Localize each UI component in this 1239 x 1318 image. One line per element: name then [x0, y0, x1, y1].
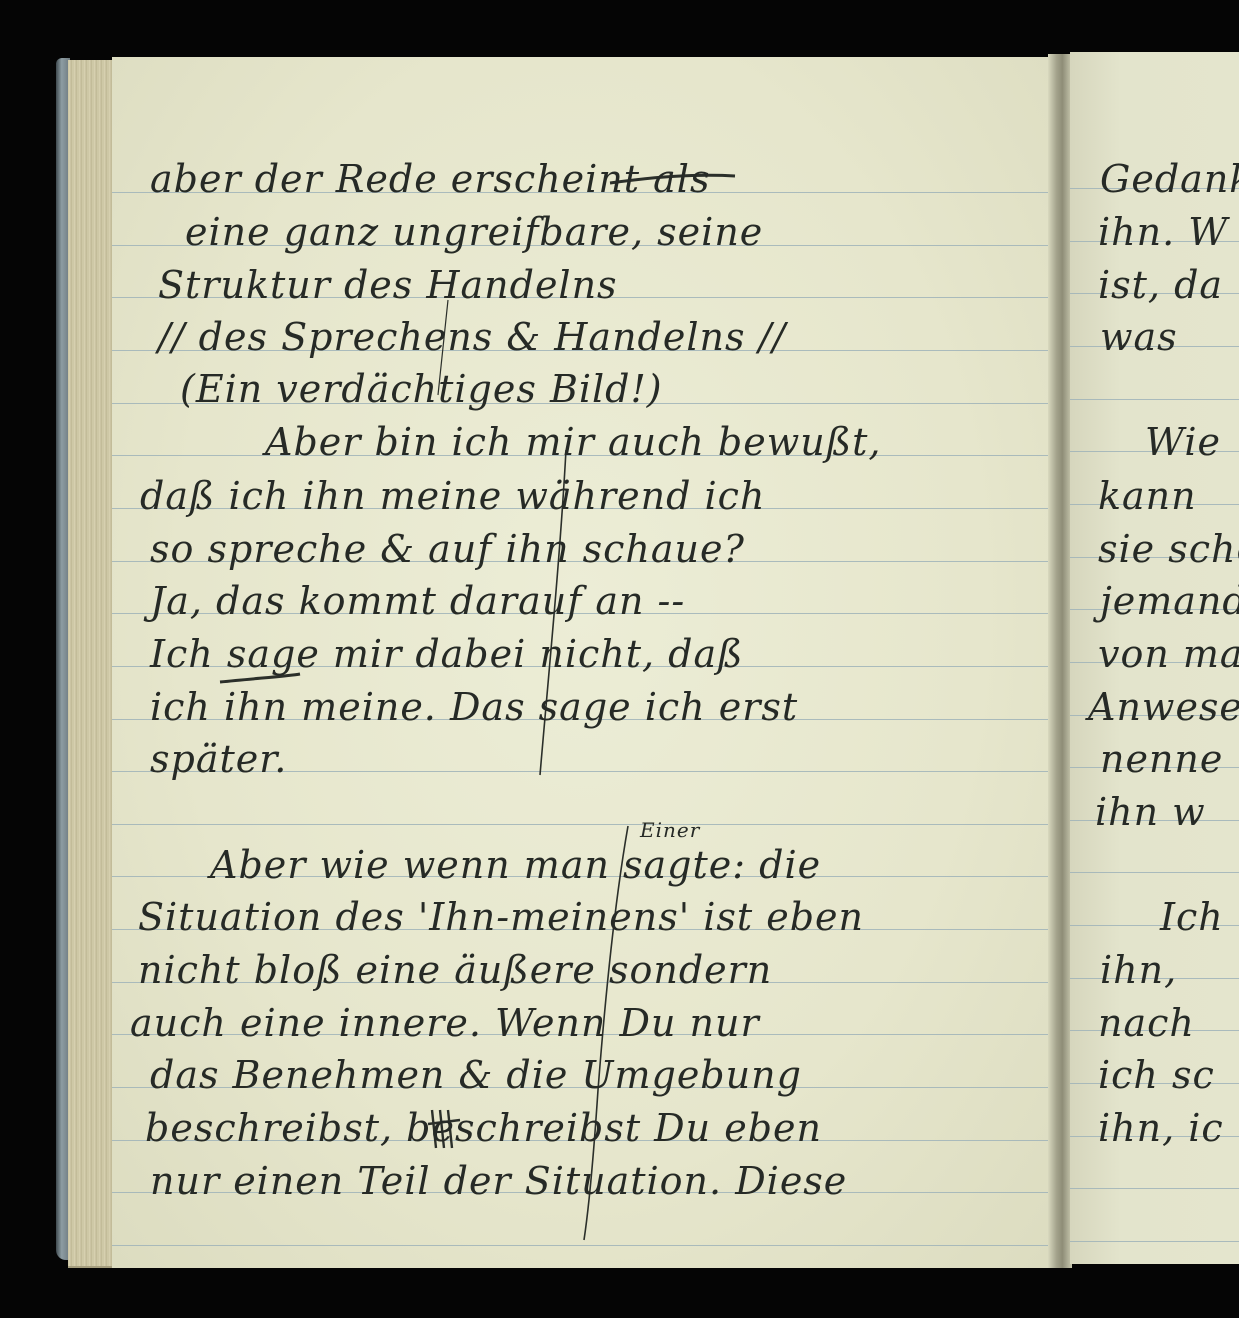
handwritten-line: ich sc [1098, 1056, 1215, 1094]
handwritten-line: ihn, ic [1098, 1109, 1224, 1147]
handwritten-line: ihn. W [1098, 213, 1228, 251]
handwritten-line: nach [1098, 1004, 1195, 1042]
handwritten-line: Wie [1145, 423, 1221, 461]
handwritten-line: beschreibst, beschreibst Du eben [145, 1109, 822, 1147]
handwritten-line: auch eine innere. Wenn Du nur [130, 1004, 760, 1042]
handwritten-line: kann [1098, 477, 1197, 515]
handwritten-line: später. [150, 740, 287, 778]
handwritten-line: so spreche & auf ihn schaue? [150, 530, 745, 568]
handwritten-line: sie sche [1098, 530, 1239, 568]
handwritten-line: von ma [1098, 635, 1239, 673]
handwritten-line: daß ich ihn meine während ich [140, 477, 765, 515]
handwritten-line: ihn, [1100, 951, 1177, 989]
handwritten-line: Situation des 'Ihn-meinens' ist eben [138, 898, 864, 936]
handwritten-line: aber der Rede erscheint als [150, 160, 710, 198]
handwritten-line: nicht bloß eine äußere sondern [138, 951, 772, 989]
handwritten-line: das Benehmen & die Umgebung [150, 1056, 802, 1094]
handwritten-line: Aber wie wenn man sagte: die [210, 846, 821, 884]
handwritten-line: Gedank [1100, 160, 1239, 198]
interlinear-insertion: Einer [640, 820, 700, 840]
handwritten-line: Ja, das kommt darauf an -- [150, 582, 685, 620]
handwritten-line: ich ihn meine. Das sage ich erst [150, 688, 798, 726]
handwritten-line: ist, da [1098, 266, 1223, 304]
handwritten-line: Aber bin ich mir auch bewußt, [265, 423, 881, 461]
handwritten-line: nenne [1100, 740, 1223, 778]
handwritten-line: was [1100, 318, 1178, 356]
handwritten-line: Ich sage mir dabei nicht, daß [150, 635, 744, 673]
handwritten-line: nur einen Teil der Situation. Diese [150, 1162, 847, 1200]
handwritten-line: Struktur des Handelns [158, 266, 618, 304]
handwritten-line: ihn w [1095, 793, 1206, 831]
handwritten-line: Anwese [1088, 688, 1239, 726]
handwritten-line: (Ein verdächtiges Bild!) [180, 370, 663, 408]
notebook-spread: aber der Rede erscheint alseine ganz ung… [0, 0, 1239, 1318]
handwritten-line: jemand [1100, 582, 1239, 620]
handwritten-line: // des Sprechens & Handelns // [158, 318, 786, 356]
handwritten-line: eine ganz ungreifbare, seine [185, 213, 763, 251]
handwritten-line: Ich [1160, 898, 1224, 936]
